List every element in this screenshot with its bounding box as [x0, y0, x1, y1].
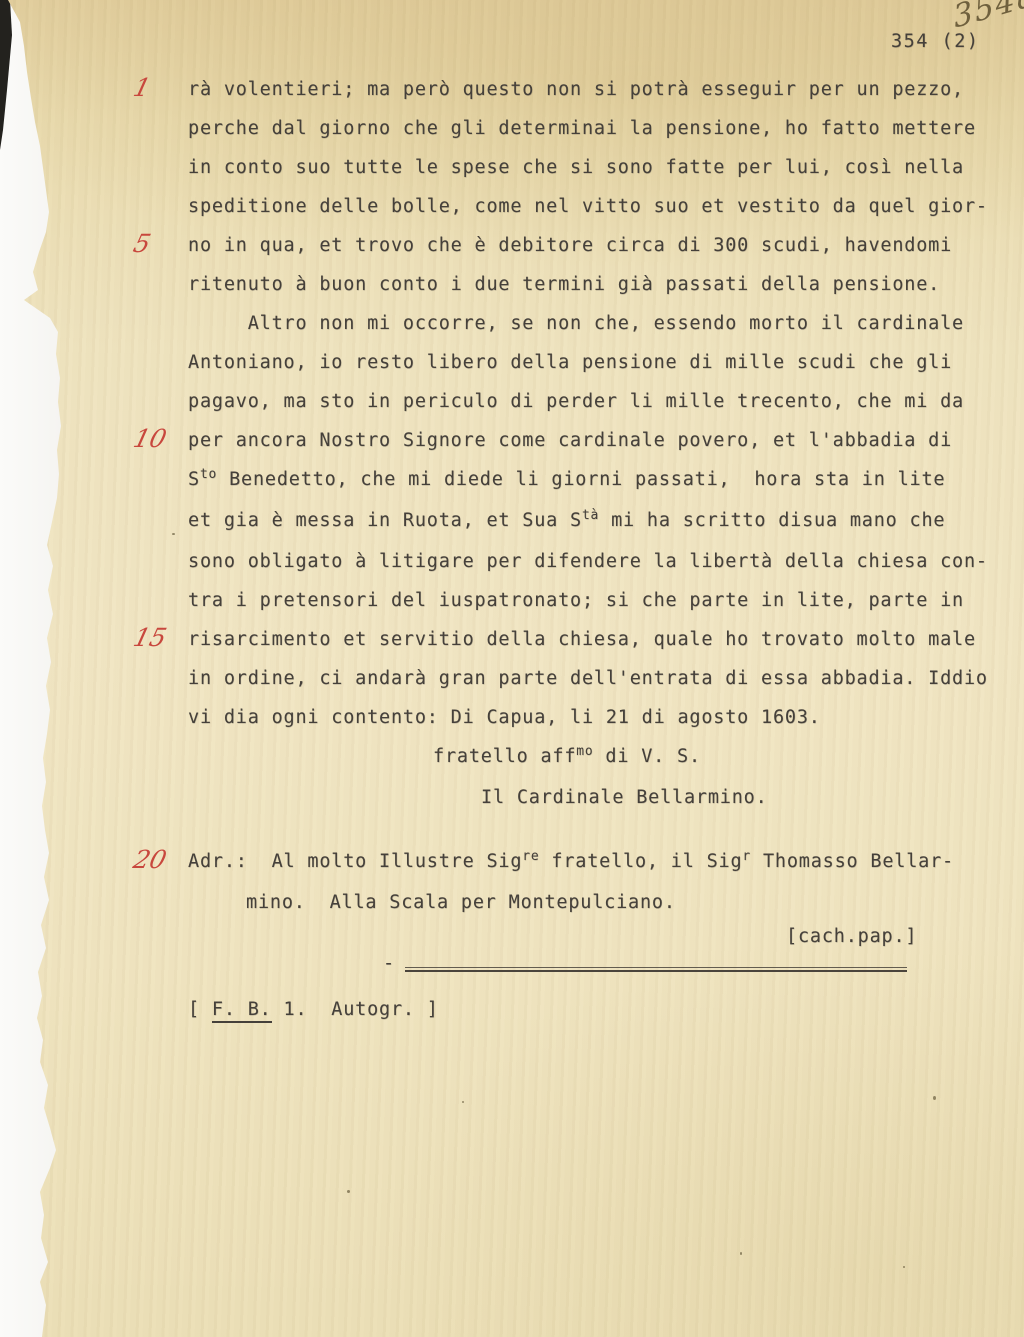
text-segment: in conto suo tutte le spese che si sono …: [188, 157, 964, 178]
document-line: Sto Benedetto, che mi diede li giorni pa…: [188, 460, 1008, 501]
underlined-text: F. B.: [212, 999, 272, 1023]
paper-speck: [172, 533, 175, 535]
text-segment: fratello aff: [433, 746, 576, 767]
text-segment: ritenuto à buon conto i due termini già …: [188, 274, 940, 295]
document-line: 1rà volentieri; ma però questo non si po…: [188, 70, 1008, 109]
document-line: [ F. B. 1. Autogr. ]: [188, 990, 1008, 1029]
text-segment: [: [188, 999, 212, 1020]
scan-shadow-sliver: [0, 0, 14, 150]
text-segment: in ordine, ci andarà gran parte dell'ent…: [188, 668, 988, 689]
superscript-text: re: [522, 849, 539, 864]
document-line: [cach.pap.]: [188, 922, 1008, 952]
horizontal-rule: [405, 967, 907, 972]
text-segment: pagavo, ma sto in periculo di perder li …: [188, 391, 964, 412]
text-segment: -: [383, 952, 395, 976]
text-segment: 1. Autogr. ]: [272, 999, 439, 1020]
text-segment: Adr.: Al molto Illustre Sig: [188, 851, 522, 872]
line-text: speditione delle bolle, come nel vitto s…: [188, 196, 988, 217]
line-text: fratello affmo di V. S.: [433, 746, 701, 767]
line-text: risarcimento et servitio della chiesa, q…: [188, 629, 976, 650]
superscript-text: mo: [576, 744, 593, 759]
paper-speck: [903, 1266, 905, 1268]
text-segment: S: [188, 469, 200, 490]
line-text: Sto Benedetto, che mi diede li giorni pa…: [188, 469, 945, 490]
text-segment: [cach.pap.]: [786, 926, 917, 947]
line-text: Adr.: Al molto Illustre Sigre fratello, …: [188, 851, 954, 872]
line-text: pagavo, ma sto in periculo di perder li …: [188, 391, 964, 412]
document-line: speditione delle bolle, come nel vitto s…: [188, 187, 1008, 226]
document-line: et gia è messa in Ruota, et Sua Stà mi h…: [188, 501, 1008, 542]
text-segment: risarcimento et servitio della chiesa, q…: [188, 629, 976, 650]
text-segment: et gia è messa in Ruota, et Sua S: [188, 510, 582, 531]
line-text: mino. Alla Scala per Montepulciano.: [246, 892, 676, 913]
document-line: mino. Alla Scala per Montepulciano.: [188, 883, 1008, 922]
document-line: perche dal giorno che gli determinai la …: [188, 109, 1008, 148]
text-segment: Antoniano, io resto libero della pension…: [188, 352, 952, 373]
text-segment: fratello, il Sig: [539, 851, 742, 872]
line-text: perche dal giorno che gli determinai la …: [188, 118, 976, 139]
text-segment: Benedetto, che mi diede li giorni passat…: [217, 469, 945, 490]
paper-speck: [740, 1252, 742, 1255]
line-text: sono obligato à litigare per difendere l…: [188, 551, 988, 572]
typescript-body: 1rà volentieri; ma però questo non si po…: [188, 70, 1008, 1029]
document-line: in conto suo tutte le spese che si sono …: [188, 148, 1008, 187]
line-text: et gia è messa in Ruota, et Sua Stà mi h…: [188, 510, 945, 531]
document-line: 15risarcimento et servitio della chiesa,…: [188, 620, 1008, 659]
line-text: [cach.pap.]: [786, 926, 917, 947]
line-text: Altro non mi occorre, se non che, essend…: [188, 313, 964, 334]
superscript-text: r: [742, 849, 751, 864]
text-segment: sono obligato à litigare per difendere l…: [188, 551, 988, 572]
line-text: Antoniano, io resto libero della pension…: [188, 352, 952, 373]
text-segment: mino. Alla Scala per Montepulciano.: [246, 892, 676, 913]
paper-speck: [347, 1190, 350, 1193]
typed-rule-line: -: [188, 952, 1008, 976]
text-segment: rà volentieri; ma però questo non si pot…: [188, 79, 964, 100]
line-text: no in qua, et trovo che è debitore circa…: [188, 235, 952, 256]
document-line: vi dia ogni contento: Di Capua, li 21 di…: [188, 698, 1008, 737]
document-line: ritenuto à buon conto i due termini già …: [188, 265, 1008, 304]
document-line: 10per ancora Nostro Signore come cardina…: [188, 421, 1008, 460]
text-segment: di V. S.: [593, 746, 700, 767]
line-text: rà volentieri; ma però questo non si pot…: [188, 79, 964, 100]
text-segment: tra i pretensori del iuspatronato; si ch…: [188, 590, 964, 611]
document-line: Altro non mi occorre, se non che, essend…: [188, 304, 1008, 343]
superscript-text: tà: [582, 508, 599, 523]
line-text: -: [383, 952, 907, 976]
text-segment: no in qua, et trovo che è debitore circa…: [188, 235, 952, 256]
document-line: Il Cardinale Bellarmino.: [188, 778, 1008, 817]
document-line: 5no in qua, et trovo che è debitore circ…: [188, 226, 1008, 265]
text-segment: Altro non mi occorre, se non che, essend…: [188, 313, 964, 334]
document-line: pagavo, ma sto in periculo di perder li …: [188, 382, 1008, 421]
text-segment: perche dal giorno che gli determinai la …: [188, 118, 976, 139]
typed-page-number: 354 (2): [891, 31, 979, 52]
document-line: in ordine, ci andarà gran parte dell'ent…: [188, 659, 1008, 698]
line-text: tra i pretensori del iuspatronato; si ch…: [188, 590, 964, 611]
document-line: sono obligato à litigare per difendere l…: [188, 542, 1008, 581]
paper-speck: [933, 1096, 936, 1100]
line-text: in ordine, ci andarà gran parte dell'ent…: [188, 668, 988, 689]
line-text: Il Cardinale Bellarmino.: [481, 787, 768, 808]
document-line: 20Adr.: Al molto Illustre Sigre fratello…: [188, 842, 1008, 883]
text-segment: speditione delle bolle, come nel vitto s…: [188, 196, 988, 217]
text-segment: per ancora Nostro Signore come cardinale…: [188, 430, 952, 451]
line-text: vi dia ogni contento: Di Capua, li 21 di…: [188, 707, 821, 728]
text-segment: vi dia ogni contento: Di Capua, li 21 di…: [188, 707, 821, 728]
line-text: [ F. B. 1. Autogr. ]: [188, 999, 439, 1023]
line-text: per ancora Nostro Signore come cardinale…: [188, 430, 952, 451]
superscript-text: to: [200, 467, 217, 482]
paper-speck: [462, 1101, 464, 1103]
document-line: fratello affmo di V. S.: [188, 737, 1008, 778]
text-segment: mi ha scritto disua mano che: [599, 510, 945, 531]
text-segment: Il Cardinale Bellarmino.: [481, 787, 768, 808]
line-text: in conto suo tutte le spese che si sono …: [188, 157, 964, 178]
document-line: tra i pretensori del iuspatronato; si ch…: [188, 581, 1008, 620]
document-line: Antoniano, io resto libero della pension…: [188, 343, 1008, 382]
line-text: ritenuto à buon conto i due termini già …: [188, 274, 940, 295]
text-segment: Thomasso Bellar-: [751, 851, 954, 872]
